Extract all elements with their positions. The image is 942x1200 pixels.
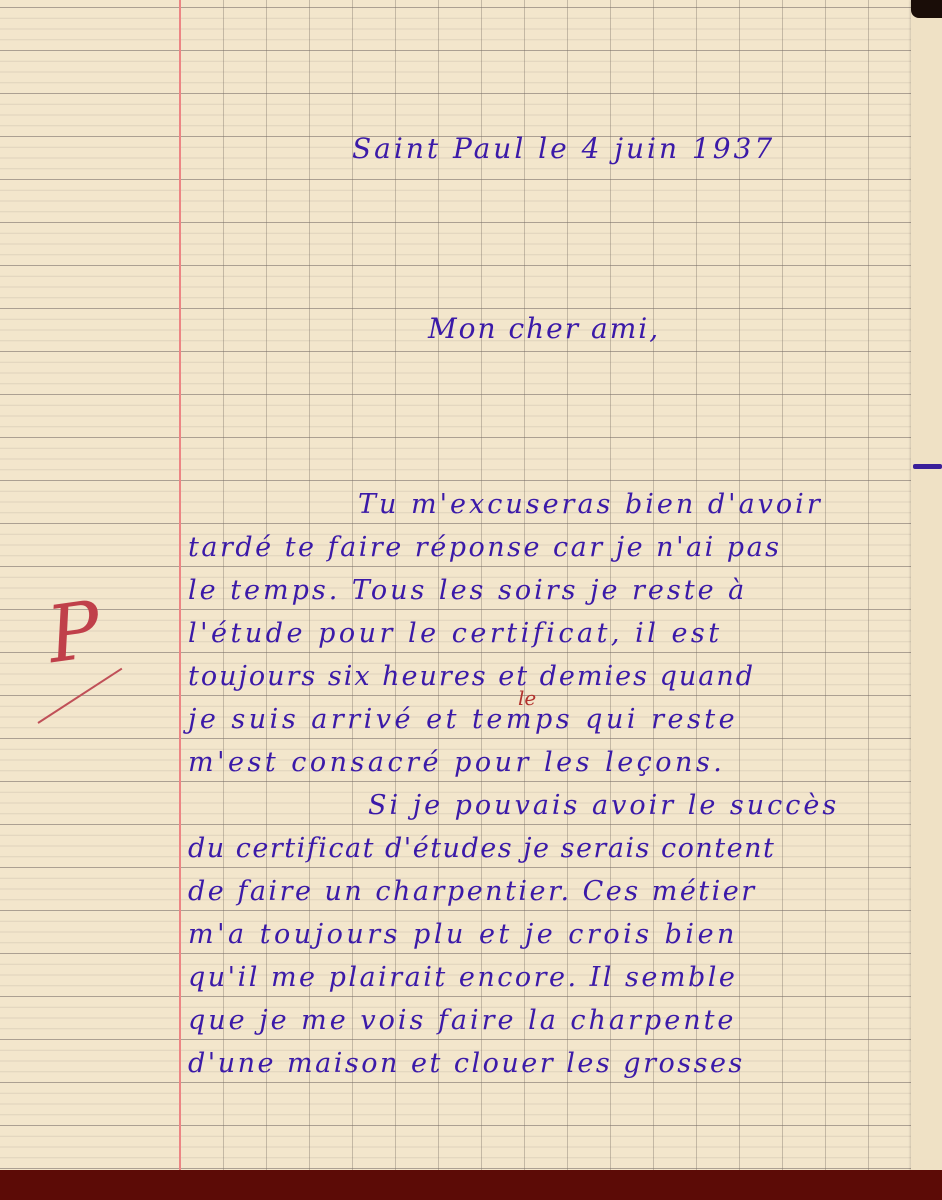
dark-background-band: [0, 1170, 942, 1200]
next-page-edge: [911, 0, 942, 1172]
letter-line-13: que je me vois faire la charpente: [188, 1005, 736, 1036]
correction-inserted-le: le: [518, 686, 536, 710]
letter-page: Saint Paul le 4 juin 1937 Mon cher ami, …: [0, 0, 942, 1172]
letter-line-12: qu'il me plairait encore. Il semble: [188, 962, 737, 993]
letter-line-1: Tu m'excuseras bien d'avoir: [358, 489, 823, 520]
letter-line-5: toujours six heures et demies quand: [188, 661, 755, 692]
ink-mark-on-edge: [913, 464, 942, 469]
grade-mark-p: P: [42, 585, 106, 681]
letter-line-11: m'a toujours plu et je crois bien: [188, 919, 738, 950]
letter-line-2: tardé te faire réponse car je n'ai pas: [188, 532, 782, 563]
place-date: Saint Paul le 4 juin 1937: [352, 132, 775, 165]
red-margin-line: [179, 0, 181, 1172]
letter-line-8: Si je pouvais avoir le succès: [368, 790, 839, 821]
letter-line-9: du certificat d'études je serais content: [188, 833, 775, 864]
letter-line-14: d'une maison et clouer les grosses: [188, 1048, 745, 1079]
letter-line-7: m'est consacré pour les leçons.: [188, 747, 725, 778]
salutation: Mon cher ami,: [428, 312, 660, 345]
letter-line-4: l'étude pour le certificat, il est: [188, 618, 723, 649]
letter-line-10: de faire un charpentier. Ces métier: [188, 876, 757, 907]
binding-shadow: [911, 0, 942, 18]
letter-line-3: le temps. Tous les soirs je reste à: [188, 575, 747, 606]
letter-line-6: je suis arrivé et temps qui reste: [188, 704, 738, 735]
